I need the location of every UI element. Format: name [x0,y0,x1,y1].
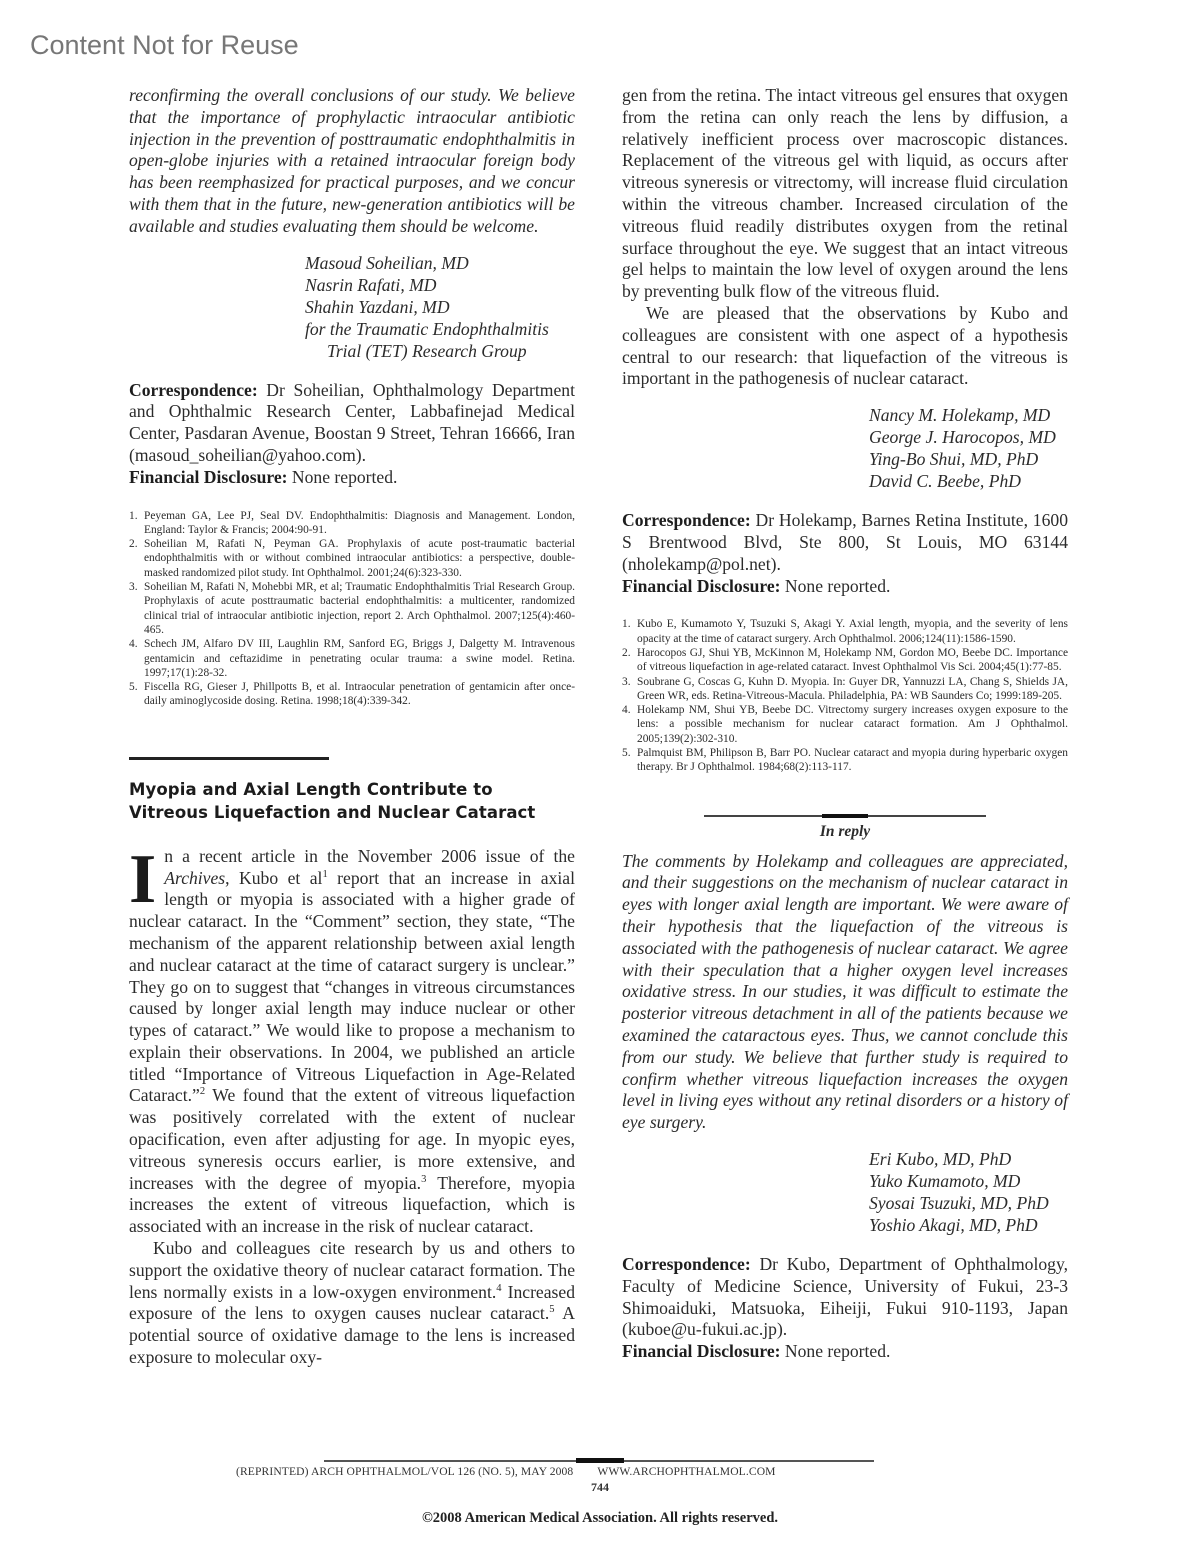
reply-divider [704,815,986,817]
signature-line: Nasrin Rafati, MD [305,274,575,296]
watermark: Content Not for Reuse [30,30,299,61]
reference-item: 3.Soheilian M, Rafati N, Mohebbi MR, et … [129,580,575,637]
reference-item: 2.Soheilian M, Rafati N, Peyman GA. Prop… [129,537,575,580]
section-title: Myopia and Axial Length Contribute to Vi… [129,778,575,824]
correspondence-label: Correspondence: [129,380,258,400]
signature-line: David C. Beebe, PhD [869,470,1068,492]
left-column: reconfirming the overall conclusions of … [129,85,575,1369]
signature-line: Trial (TET) Research Group [305,340,575,362]
reply-text: The comments by Holekamp and colleagues … [622,851,1068,1134]
journal-info: (REPRINTED) ARCH OPHTHALMOL/VOL 126 (NO.… [236,1465,573,1478]
correspondence-holekamp: Correspondence: Dr Holekamp, Barnes Reti… [622,510,1068,597]
journal-citation-line: (REPRINTED) ARCH OPHTHALMOL/VOL 126 (NO.… [236,1465,776,1478]
letter-paragraph-continued: gen from the retina. The intact vitreous… [622,85,1068,303]
signature-line: Syosai Tsuzuki, MD, PhD [869,1192,1068,1214]
journal-url: WWW.ARCHOPHTHALMOL.COM [597,1465,775,1478]
reference-item: 1.Peyeman GA, Lee PJ, Seal DV. Endophtha… [129,509,575,538]
reference-item: 3.Soubrane G, Coscas G, Kuhn D. Myopia. … [622,675,1068,704]
reference-item: 4.Holekamp NM, Shui YB, Beebe DC. Vitrec… [622,703,1068,746]
reference-item: 2.Harocopos GJ, Shui YB, McKinnon M, Hol… [622,646,1068,675]
reply-continuation: reconfirming the overall conclusions of … [129,85,575,238]
references-right: 1.Kubo E, Kumamoto Y, Tsuzuki S, Akagi Y… [622,617,1068,774]
section-divider [129,757,329,760]
signature-line: George J. Harocopos, MD [869,426,1068,448]
signature-line: Masoud Soheilian, MD [305,252,575,274]
signature-line: Shahin Yazdani, MD [305,296,575,318]
reply-divider-accent [822,814,868,818]
reference-item: 4.Schech JM, Alfaro DV III, Laughlin RM,… [129,637,575,680]
reference-item: 1.Kubo E, Kumamoto Y, Tsuzuki S, Akagi Y… [622,617,1068,646]
signature-line: Yuko Kumamoto, MD [869,1170,1068,1192]
disclosure-text: None reported. [288,467,398,487]
signature-line: Eri Kubo, MD, PhD [869,1148,1068,1170]
footer-divider [324,1460,874,1462]
page-number: 744 [0,1480,1200,1495]
correspondence-kubo: Correspondence: Dr Kubo, Department of O… [622,1254,1068,1363]
correspondence-label: Correspondence: [622,510,751,530]
footer-divider-accent [576,1458,624,1463]
correspondence-soheilian: Correspondence: Dr Soheilian, Ophthalmol… [129,380,575,489]
signature-line: Ying-Bo Shui, MD, PhD [869,448,1068,470]
reference-item: 5.Fiscella RG, Gieser J, Phillpotts B, e… [129,680,575,709]
signature-block-holekamp: Nancy M. Holekamp, MD George J. Harocopo… [869,404,1068,492]
disclosure-label: Financial Disclosure: [622,1341,781,1361]
disclosure-label: Financial Disclosure: [129,467,288,487]
right-column: gen from the retina. The intact vitreous… [622,85,1068,1363]
letter-paragraph-3: We are pleased that the observations by … [622,303,1068,390]
drop-cap: I [129,852,156,908]
signature-line: Yoshio Akagi, MD, PhD [869,1214,1068,1236]
disclosure-text: None reported. [781,576,891,596]
signature-line: for the Traumatic Endophthalmitis [305,318,575,340]
reply-heading: In reply [622,823,1068,841]
correspondence-label: Correspondence: [622,1254,751,1274]
letter-paragraph-2: Kubo and colleagues cite research by us … [129,1238,575,1369]
copyright-notice: ©2008 American Medical Association. All … [0,1510,1200,1527]
signature-block-soheilian: Masoud Soheilian, MD Nasrin Rafati, MD S… [305,252,575,362]
letter-paragraph-1: In a recent article in the November 2006… [129,846,575,1238]
references-left: 1.Peyeman GA, Lee PJ, Seal DV. Endophtha… [129,509,575,709]
disclosure-label: Financial Disclosure: [622,576,781,596]
disclosure-text: None reported. [781,1341,891,1361]
signature-block-kubo: Eri Kubo, MD, PhD Yuko Kumamoto, MD Syos… [869,1148,1068,1236]
reference-item: 5.Palmquist BM, Philipson B, Barr PO. Nu… [622,746,1068,775]
signature-line: Nancy M. Holekamp, MD [869,404,1068,426]
